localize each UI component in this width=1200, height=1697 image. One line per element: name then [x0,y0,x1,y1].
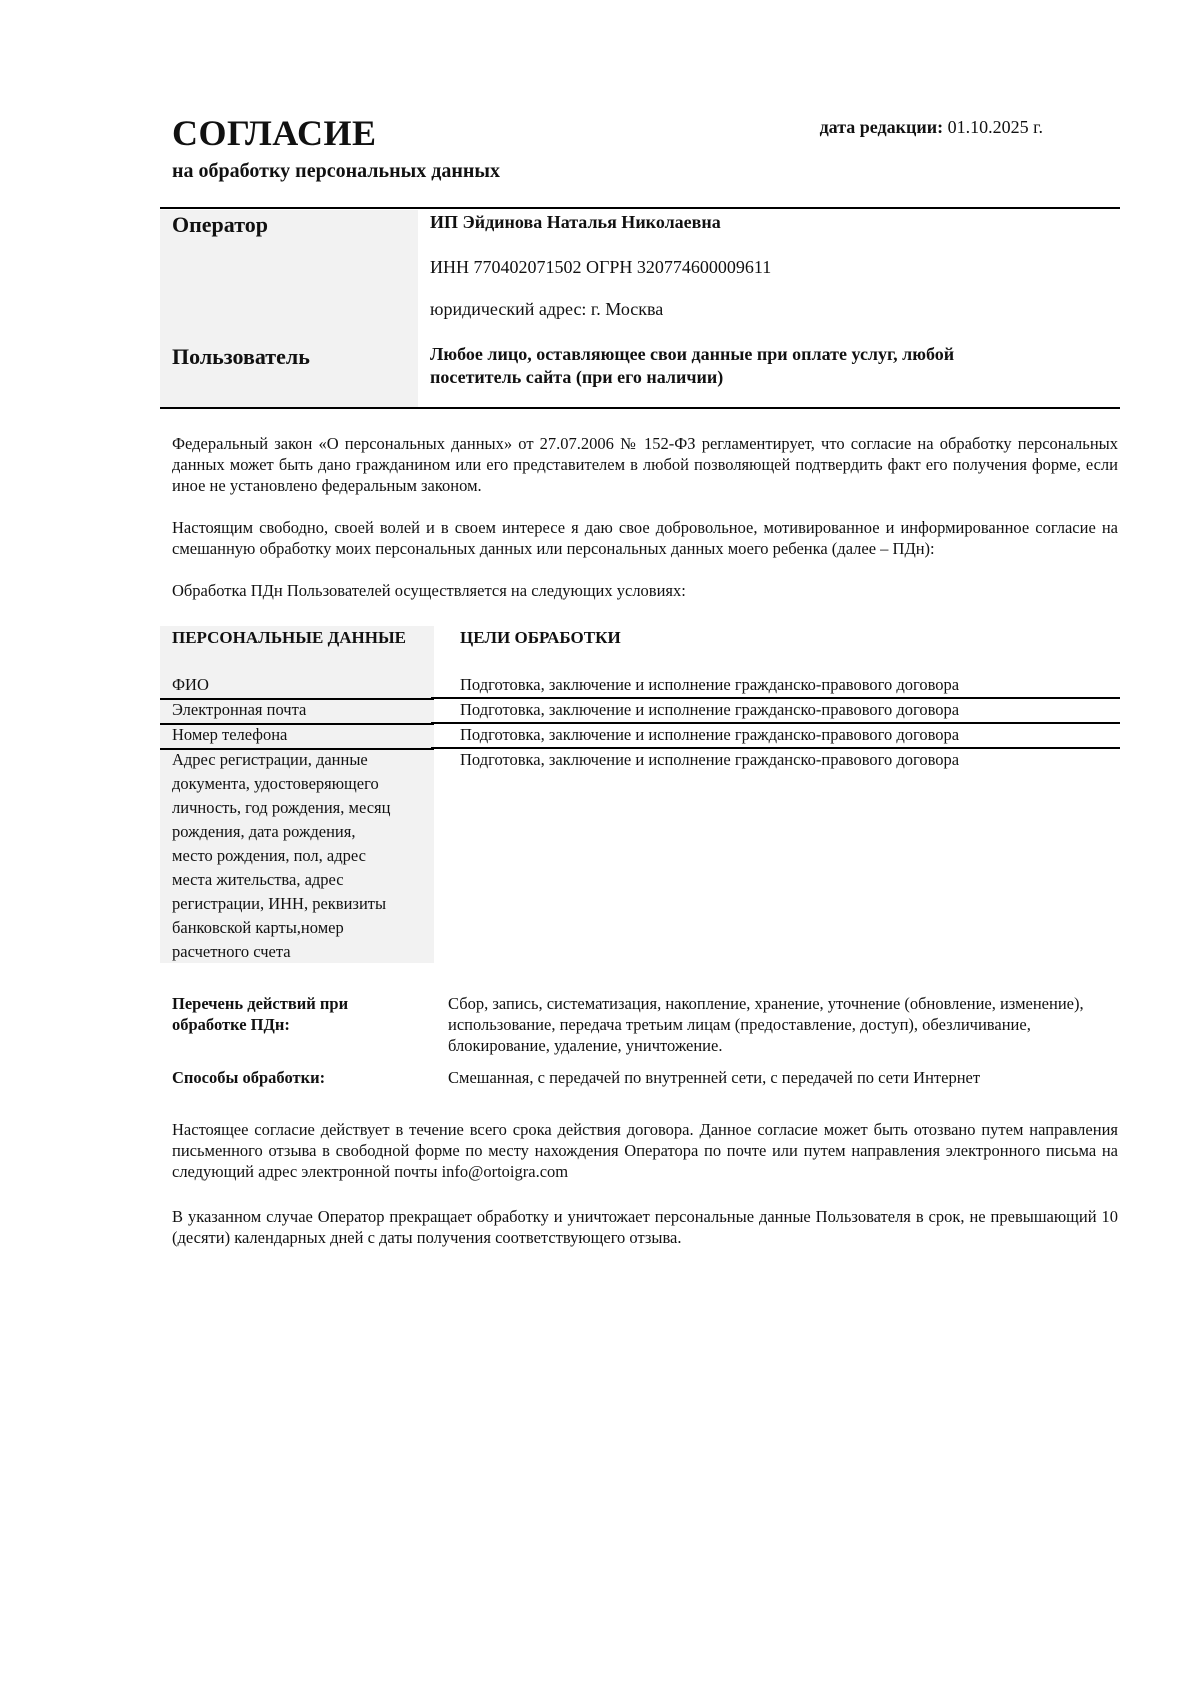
table-row-purpose: Подготовка, заключение и исполнение граж… [460,748,959,772]
table-cell-line: расчетного счета [172,940,390,964]
table-row-data-multiline: Адрес регистрации, данные документа, удо… [172,748,390,964]
operator-label: Оператор [172,212,268,238]
methods-value: Смешанная, с передачей по внутренней сет… [448,1067,1088,1088]
edition-label: дата редакции: [820,117,944,137]
user-description-line: Любое лицо, оставляющее свои данные при … [430,343,1070,366]
user-description: Любое лицо, оставляющее свои данные при … [430,343,1070,389]
table-row-purpose: Подготовка, заключение и исполнение граж… [460,698,959,722]
top-rule [160,207,1120,209]
table-cell-line: личность, год рождения, месяц [172,796,390,820]
table-cell-line: места жительства, адрес [172,868,390,892]
table-row-data: Электронная почта [172,698,306,722]
table-header-purpose: ЦЕЛИ ОБРАБОТКИ [460,628,621,648]
conditions-paragraph: Обработка ПДн Пользователей осуществляет… [172,580,1118,601]
table-cell-line: Адрес регистрации, данные [172,748,390,772]
consent-paragraph: Настоящим свободно, своей волей и в свое… [172,517,1118,559]
user-description-line: посетитель сайта (при его наличии) [430,366,1070,389]
table-cell-line: рождения, дата рождения, [172,820,390,844]
table-cell-line: банковской карты,номер [172,916,390,940]
validity-paragraph: Настоящее согласие действует в течение в… [172,1119,1118,1182]
document-title: СОГЛАСИЕ [172,113,377,153]
termination-paragraph: В указанном случае Оператор прекращает о… [172,1206,1118,1248]
bottom-rule [160,407,1120,409]
parties-label-column [160,210,418,407]
actions-list-label: Перечень действий при обработке ПДн: [172,993,422,1035]
table-row-data: ФИО [172,673,209,697]
user-label: Пользователь [172,344,310,370]
table-cell-line: документа, удостоверяющего [172,772,390,796]
table-row-purpose: Подготовка, заключение и исполнение граж… [460,673,959,697]
table-cell-line: место рождения, пол, адрес [172,844,390,868]
table-row-data: Номер телефона [172,723,287,747]
operator-name: ИП Эйдинова Наталья Николаевна [430,211,1070,234]
table-row-purpose: Подготовка, заключение и исполнение граж… [460,723,959,747]
table-cell-line: регистрации, ИНН, реквизиты [172,892,390,916]
edition-date: дата редакции: 01.10.2025 г. [820,116,1043,138]
operator-address: юридический адрес: г. Москва [430,298,1070,321]
edition-date-value: 01.10.2025 г. [948,117,1043,137]
methods-label: Способы обработки: [172,1067,422,1088]
law-paragraph: Федеральный закон «О персональных данных… [172,433,1118,496]
operator-ids: ИНН 770402071502 ОГРН 320774600009611 [430,256,1070,279]
table-header-data: ПЕРСОНАЛЬНЫЕ ДАННЫЕ [172,628,406,648]
actions-list-value: Сбор, запись, систематизация, накопление… [448,993,1088,1056]
document-subtitle: на обработку персональных данных [172,158,500,184]
